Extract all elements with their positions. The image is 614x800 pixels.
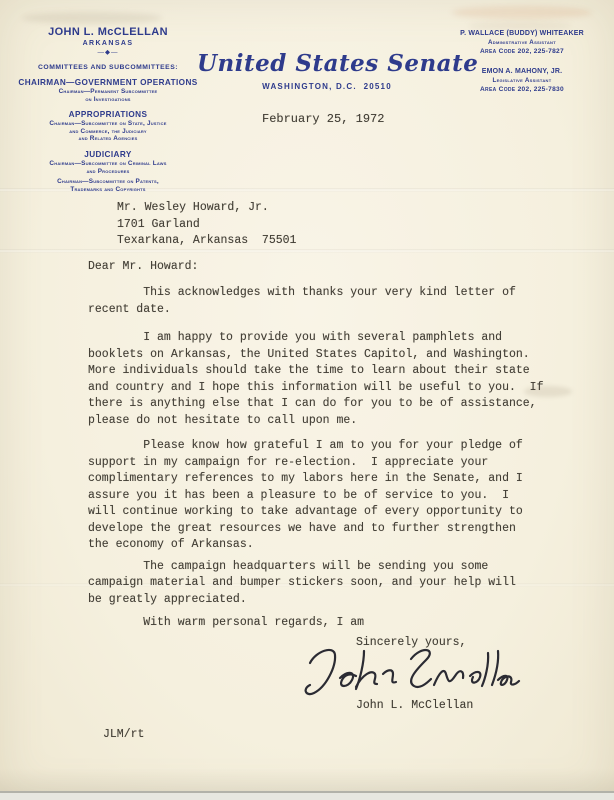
bleedthrough-smudge xyxy=(468,22,572,30)
bleedthrough-smudge xyxy=(22,12,162,24)
paragraph: With warm personal regards, I am xyxy=(88,615,570,632)
committee-line: Chairman—Subcommittee on State, Justice xyxy=(15,120,201,128)
scan-bottom-shading xyxy=(0,768,614,791)
scan-edge xyxy=(0,791,614,800)
staff-area-code: Area Code 202, 225-7827 xyxy=(436,48,608,55)
staff-entry: P. WALLACE (BUDDY) WHITEAKER Administrat… xyxy=(436,30,608,55)
committees-heading: COMMITTEES AND SUBCOMMITTEES: xyxy=(15,64,201,71)
letter-date: February 25, 1972 xyxy=(262,112,384,126)
signature-handwriting-icon xyxy=(298,643,523,705)
ornament-divider-icon: —◆— xyxy=(15,48,201,56)
paragraph: Please know how grateful I am to you for… xyxy=(88,438,570,554)
letterhead-masthead: United States Senate WASHINGTON, D.C. 20… xyxy=(197,50,457,91)
recipient-address-line: Mr. Wesley Howard, Jr. xyxy=(117,200,570,217)
recipient-address-block: Mr. Wesley Howard, Jr.1701 GarlandTexark… xyxy=(117,200,570,250)
sender-state: ARKANSAS xyxy=(15,40,201,47)
staff-area-code: Area Code 202, 225-7830 xyxy=(436,86,608,93)
recipient-address-line: Texarkana, Arkansas 75501 xyxy=(117,233,570,250)
letterhead-sender-block: JOHN L. McCLELLAN ARKANSAS —◆— COMMITTEE… xyxy=(15,26,201,193)
staff-role: Administrative Assistant xyxy=(436,39,608,46)
committee-line: and Related Agencies xyxy=(15,135,201,143)
committee-title: APPROPRIATIONS xyxy=(15,110,201,119)
paragraph: This acknowledges with thanks your very … xyxy=(88,285,570,318)
recipient-address-line: 1701 Garland xyxy=(117,217,570,234)
committee-title: JUDICIARY xyxy=(15,150,201,159)
committee-line: Chairman—Subcommittee on Criminal Laws xyxy=(15,160,201,168)
committee-group: CHAIRMAN—GOVERNMENT OPERATIONS Chairman—… xyxy=(15,78,201,103)
committee-title: CHAIRMAN—GOVERNMENT OPERATIONS xyxy=(15,78,201,87)
staff-entry: EMON A. MAHONY, JR. Legislative Assistan… xyxy=(436,68,608,93)
staff-name: P. WALLACE (BUDDY) WHITEAKER xyxy=(436,30,608,37)
committee-line: Trademarks and Copyrights xyxy=(15,186,201,194)
sender-name: JOHN L. McCLELLAN xyxy=(15,26,201,38)
letterhead-staff-block: P. WALLACE (BUDDY) WHITEAKER Administrat… xyxy=(436,30,608,93)
senate-city-line: WASHINGTON, D.C. 20510 xyxy=(197,82,457,91)
senate-masthead-title: United States Senate xyxy=(197,50,457,77)
committee-line: and Procedures xyxy=(15,168,201,176)
letter-body: Mr. Wesley Howard, Jr.1701 GarlandTexark… xyxy=(88,200,570,632)
committee-line: on Investigations xyxy=(15,96,201,104)
staff-role: Legislative Assistant xyxy=(436,77,608,84)
committee-group: APPROPRIATIONS Chairman—Subcommittee on … xyxy=(15,110,201,143)
paragraph: The campaign headquarters will be sendin… xyxy=(88,559,570,609)
committee-line: Chairman—Subcommittee on Patents, xyxy=(15,178,201,186)
salutation: Dear Mr. Howard: xyxy=(88,259,570,276)
staff-name: EMON A. MAHONY, JR. xyxy=(436,68,608,75)
bleedthrough-smudge xyxy=(452,6,592,19)
scanned-letter-page: JOHN L. McCLELLAN ARKANSAS —◆— COMMITTEE… xyxy=(0,0,614,800)
committee-group: JUDICIARY Chairman—Subcommittee on Crimi… xyxy=(15,150,201,193)
typed-signature-name: John L. McClellan xyxy=(356,699,473,712)
reference-initials: JLM/rt xyxy=(103,728,144,741)
committee-line: and Commerce, the Judiciary xyxy=(15,128,201,136)
paragraph: I am happy to provide you with several p… xyxy=(88,330,570,429)
committee-line: Chairman—Permanent Subcommittee xyxy=(15,88,201,96)
